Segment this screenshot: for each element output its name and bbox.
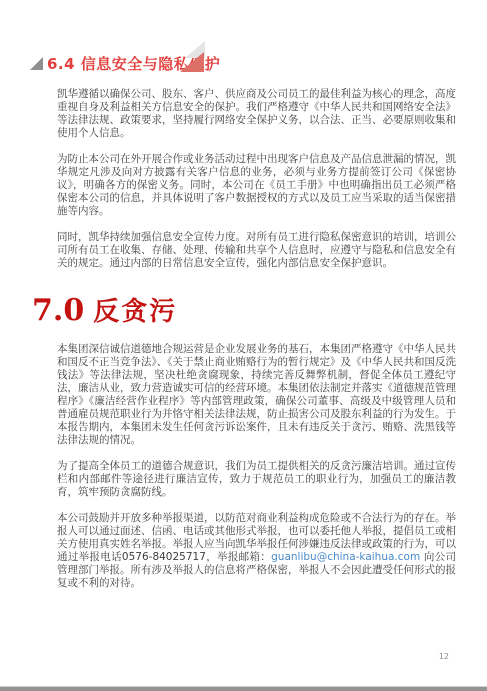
heading-triangle-decoration (176, 40, 210, 74)
section-6-4-body: 凯华遵循以确保公司、股东、客户、供应商及公司员工的最佳利益为核心的理念，高度重视… (57, 88, 456, 270)
report-page: 6.4 信息安全与隐私保护 凯华遵循以确保公司、股东、客户、供应商及公司员工的最… (0, 0, 487, 691)
section-number: 7.0 (32, 294, 84, 328)
page-number: 12 (439, 652, 449, 661)
section-title: 反贪污 (93, 295, 177, 329)
section-7-0-body: 本集团深信诚信道德地合规运营是企业发展业务的基石，本集团严格遵守《中华人民共和国… (57, 343, 456, 590)
paragraph-whistleblowing: 本公司鼓励并开放多种举报渠道，以防范对商业利益构成危险或不合法行为的存在。举报人… (57, 512, 456, 590)
paragraph-anti-corruption-2: 为了提高全体员工的道德合规意识，我们为员工提供相关的反贪污廉洁培训。通过宣传栏和… (57, 460, 456, 499)
paragraph-anti-corruption-1: 本集团深信诚信道德地合规运营是企业发展业务的基石，本集团严格遵守《中华人民共和国… (57, 343, 456, 447)
paragraph-info-security-3: 同时，凯华持续加强信息安全宣传力度。对所有员工进行隐私保密意识的培训，培训公司所… (57, 231, 456, 270)
paragraph-info-security-1: 凯华遵循以确保公司、股东、客户、供应商及公司员工的最佳利益为核心的理念，高度重视… (57, 88, 456, 140)
report-email-link[interactable]: guanlibu@china-kaihua.com (271, 551, 420, 563)
red-triangle-icon (180, 52, 204, 72)
section-heading-7-0: 7.0 反贪污 (32, 294, 177, 329)
heading-triangle-marker-icon (30, 57, 43, 70)
paragraph-info-security-2: 为防止本公司在外开展合作或业务活动过程中出现客户信息及产品信息泄漏的情况，凯华规… (57, 153, 456, 218)
page-bottom-edge (0, 687, 487, 691)
